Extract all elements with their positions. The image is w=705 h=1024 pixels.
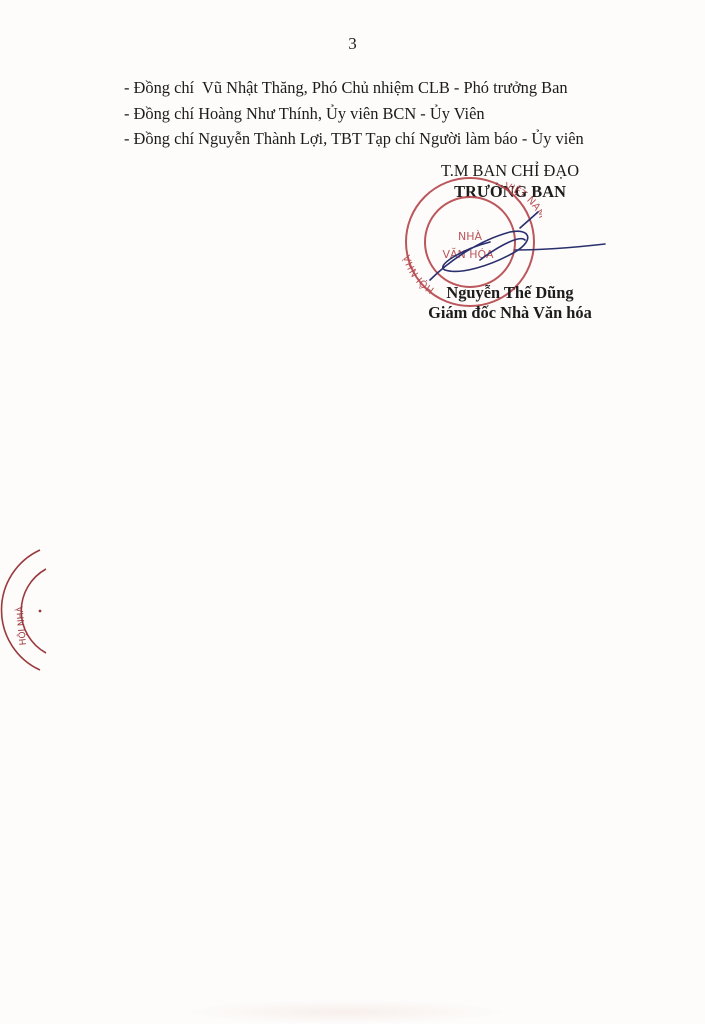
member-item: - Đồng chí Hoàng Như Thính, Ủy viên BCN … [124, 101, 584, 127]
on-behalf-label: T.M BAN CHỈ ĐẠO [400, 160, 620, 182]
svg-text:HỘI NHÀ: HỘI NHÀ [14, 605, 29, 646]
signature-block: T.M BAN CHỈ ĐẠO TRƯỞNG BAN [400, 160, 620, 202]
svg-text:VĂN HÓA: VĂN HÓA [442, 248, 494, 261]
member-list: - Đồng chí Vũ Nhật Thăng, Phó Chủ nhiệm … [124, 75, 584, 152]
signer-name: Nguyễn Thế Dũng [400, 283, 620, 303]
member-item: - Đồng chí Nguyễn Thành Lợi, TBT Tạp chí… [124, 126, 584, 152]
scan-smudge [180, 1000, 510, 1024]
member-item: - Đồng chí Vũ Nhật Thăng, Phó Chủ nhiệm … [124, 75, 584, 101]
partial-edge-stamp: HỘI NHÀ [0, 545, 60, 675]
page-number: 3 [0, 34, 705, 54]
svg-text:NHÀ: NHÀ [458, 230, 483, 243]
signer-title: TRƯỞNG BAN [400, 182, 620, 202]
signer-position: Giám đốc Nhà Văn hóa [400, 303, 620, 323]
